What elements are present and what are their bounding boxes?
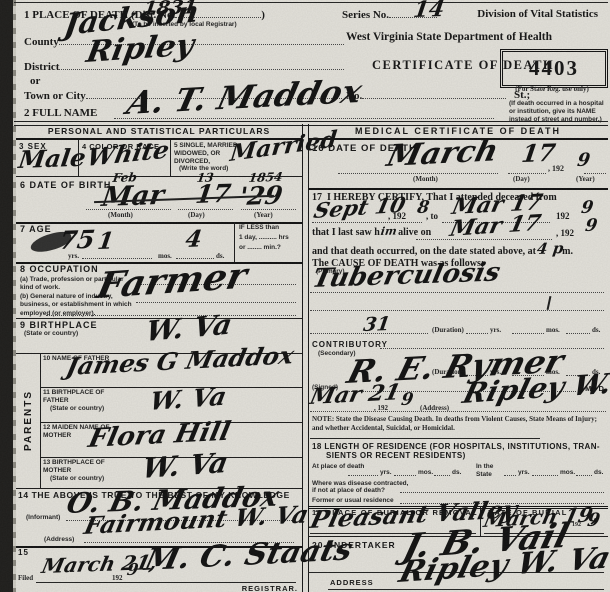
filed-date-handwritten: March 21, [40,552,159,576]
occupation-handwritten: Farmer [94,258,250,304]
informant-address-label: (Address) [44,536,74,543]
dob-month-label: (Month) [108,211,133,219]
dob-month-handwritten: Mar [100,182,166,211]
paren-close: ) [261,9,265,21]
age-mos-label: mos. [158,252,172,260]
registrar-label: REGISTRAR. [242,584,298,592]
lastsaw-text2: alive on [398,227,431,238]
race-handwritten: White [85,138,171,170]
series-handwritten: 14 [412,0,446,21]
sign-year-handwritten: 9 [400,392,414,409]
dod-year-label: (Year) [576,175,595,183]
residence-label-1: 18 LENGTH OF RESIDENCE (FOR HOSPITALS, I… [308,439,608,451]
lastsaw-text1: that I last saw h [312,227,380,238]
dod-month-label: (Month) [413,175,438,183]
age-yrs-handwritten: 75 [58,227,97,253]
filed-year-handwritten: 9 [126,562,139,578]
age-cell: 7 AGE 75 yrs. 1 mos. 4 ds. IF LESS than … [16,222,302,264]
filed-year-printed: 192 [112,574,123,582]
atplace-label: At place of death [312,463,372,471]
date-of-death-cell: 16 DATE OF DEATH March 17 , 192 9 (Month… [308,140,608,190]
cause-handwritten: Tuberculosis [310,260,502,292]
sex-handwritten: Male [17,146,87,172]
instate-ds: ds. [594,469,603,476]
stray-pen-mark [547,296,552,310]
birthplace-handwritten: W. Va [144,311,234,346]
duration-label: (Duration) [432,326,464,334]
town-label: Town or City [24,90,86,102]
dod-day-handwritten: 17 [520,141,557,166]
mother-birthplace-label: 13 BIRTHPLACE OF MOTHER [40,457,125,475]
to-year-handwritten: 9 [580,200,594,217]
fullname-label: 2 FULL NAME [24,107,97,119]
street-no-line: No. [346,89,506,102]
dob-day-handwritten: 17 [194,181,233,207]
atplace-yrs: yrs. [380,469,392,476]
parents-label: PARENTS [23,390,34,451]
to-year-printed: 192 [556,211,570,221]
duration-mos: mos. [546,326,560,334]
death-certificate-scan: 1 PLACE OF DEATH (Dist. No.) 1831 (To be… [0,0,610,592]
parents-block: PARENTS 10 NAME OF FATHER James G Maddox… [16,353,302,489]
series-label: Series No. [342,9,389,21]
burial-year-printed: 192 [572,522,581,528]
undertaker-cell: 20 UNDERTAKER J. B. Vail ADDRESS Ripley … [308,536,608,592]
duration-ds: ds. [592,326,600,334]
to-printed: , to [426,211,438,221]
father-name-cell: 10 NAME OF FATHER James G Maddox [40,353,302,388]
burial-year-handwritten: 9 [586,512,601,530]
residence-label-2: SIENTS OR RECENT RESIDENTS) [308,451,608,460]
occurred-time-handwritten: 4 p [536,241,564,257]
ifless-line3: or ........ min.? [239,244,302,251]
dod-day-label: (Day) [513,175,530,183]
dod-month-handwritten: March [384,136,501,172]
occurred-text: and that death occurred, on the date sta… [312,246,536,257]
atplace-mos: mos. [418,469,433,476]
note-block: NOTE: State the Disease Causing Death. I… [308,413,608,439]
duration-value-handwritten: 31 [362,315,391,335]
mother-birthplace-handwritten: W. Va [140,449,230,483]
father-birthplace-label: 11 BIRTHPLACE OF FATHER [40,387,123,405]
dob-day-label: (Day) [188,211,205,219]
lastsaw-year-printed: , 192 [556,228,574,238]
certificate-number-box: 4403 [500,49,608,88]
occupation-cell: 8 OCCUPATION (a) Trade, profession or pa… [16,262,302,319]
sign-date-handwritten: Mar 21 [308,381,402,408]
ifless-line2: 1 day, .......... hrs [239,234,302,241]
certificate-number: 4403 [529,56,579,81]
informant-label: (Informant) [26,514,60,521]
personal-particulars-column: PERSONAL AND STATISTICAL PARTICULARS 3 S… [16,124,302,592]
where-contracted-label-1: Where was disease contracted, [312,480,408,487]
dob-year-label: (Year) [254,211,273,219]
district-label: District [24,61,59,73]
county-label: County [24,36,59,48]
instate-label: In the State [476,463,506,479]
occurred-line: and that death occurred, on the date sta… [312,242,573,257]
dod-year-handwritten: 9 [576,152,591,170]
sex-cell: 3 SEX Male [16,140,78,177]
instate-mos: mos. [560,469,575,476]
certify-block: 17 I HEREBY CERTIFY, That I attended dec… [308,188,608,413]
note-text: NOTE: State the Disease Causing Death. I… [308,413,608,433]
lastsaw-date-handwritten: Mar 17 [448,212,543,240]
atplace-ds: ds. [452,469,461,476]
filed-cell: 15 Filed March 21, 192 9 M. C. Staats RE… [16,546,302,592]
contributory-label: CONTRIBUTORY [312,340,388,349]
from-year-printed: , 192 [388,211,406,221]
duration-yrs: yrs. [490,326,501,334]
occurred-m-label: m. [562,246,573,257]
father-birthplace-handwritten: W. Va [148,384,228,414]
age-yrs-label: yrs. [68,252,79,260]
parents-sidebar: PARENTS [16,353,41,488]
division-title: Division of Vital Statistics [477,8,598,20]
secondary-label: (Secondary) [318,350,356,357]
dod-year-printed: , 192 [548,164,564,173]
where-contracted-label-2: if not at place of death? [312,487,385,494]
fullname-handwritten: A. T. Maddox [124,75,365,119]
lastsaw-handwritten-pronoun: im [380,225,397,237]
lastsaw-year-handwritten: 9 [584,218,598,235]
age-ds-handwritten: 4 [184,227,203,251]
medical-certificate-column: MEDICAL CERTIFICATE OF DEATH 16 DATE OF … [308,124,608,592]
filed-label: Filed [18,574,33,582]
lastsaw-line: that I last saw him alive on [312,226,431,238]
instate-yrs: yrs. [518,469,530,476]
binding-strip [0,0,13,592]
or-label: or [30,75,40,87]
undertaker-address-label: ADDRESS [330,578,374,587]
header-box: 1 PLACE OF DEATH (Dist. No.) 1831 (To be… [14,2,608,122]
father-birthplace-cell: 11 BIRTHPLACE OF FATHER (State or countr… [40,387,302,423]
dob-cell: 6 DATE OF BIRTH Feb 13 1854 Mar 17 '29 (… [16,176,302,224]
ifless-line1: IF LESS than [239,224,302,231]
department-title: West Virginia State Department of Health [346,31,552,43]
district-handwritten: Ripley [84,31,196,68]
age-mos-handwritten: 1 [96,229,115,253]
